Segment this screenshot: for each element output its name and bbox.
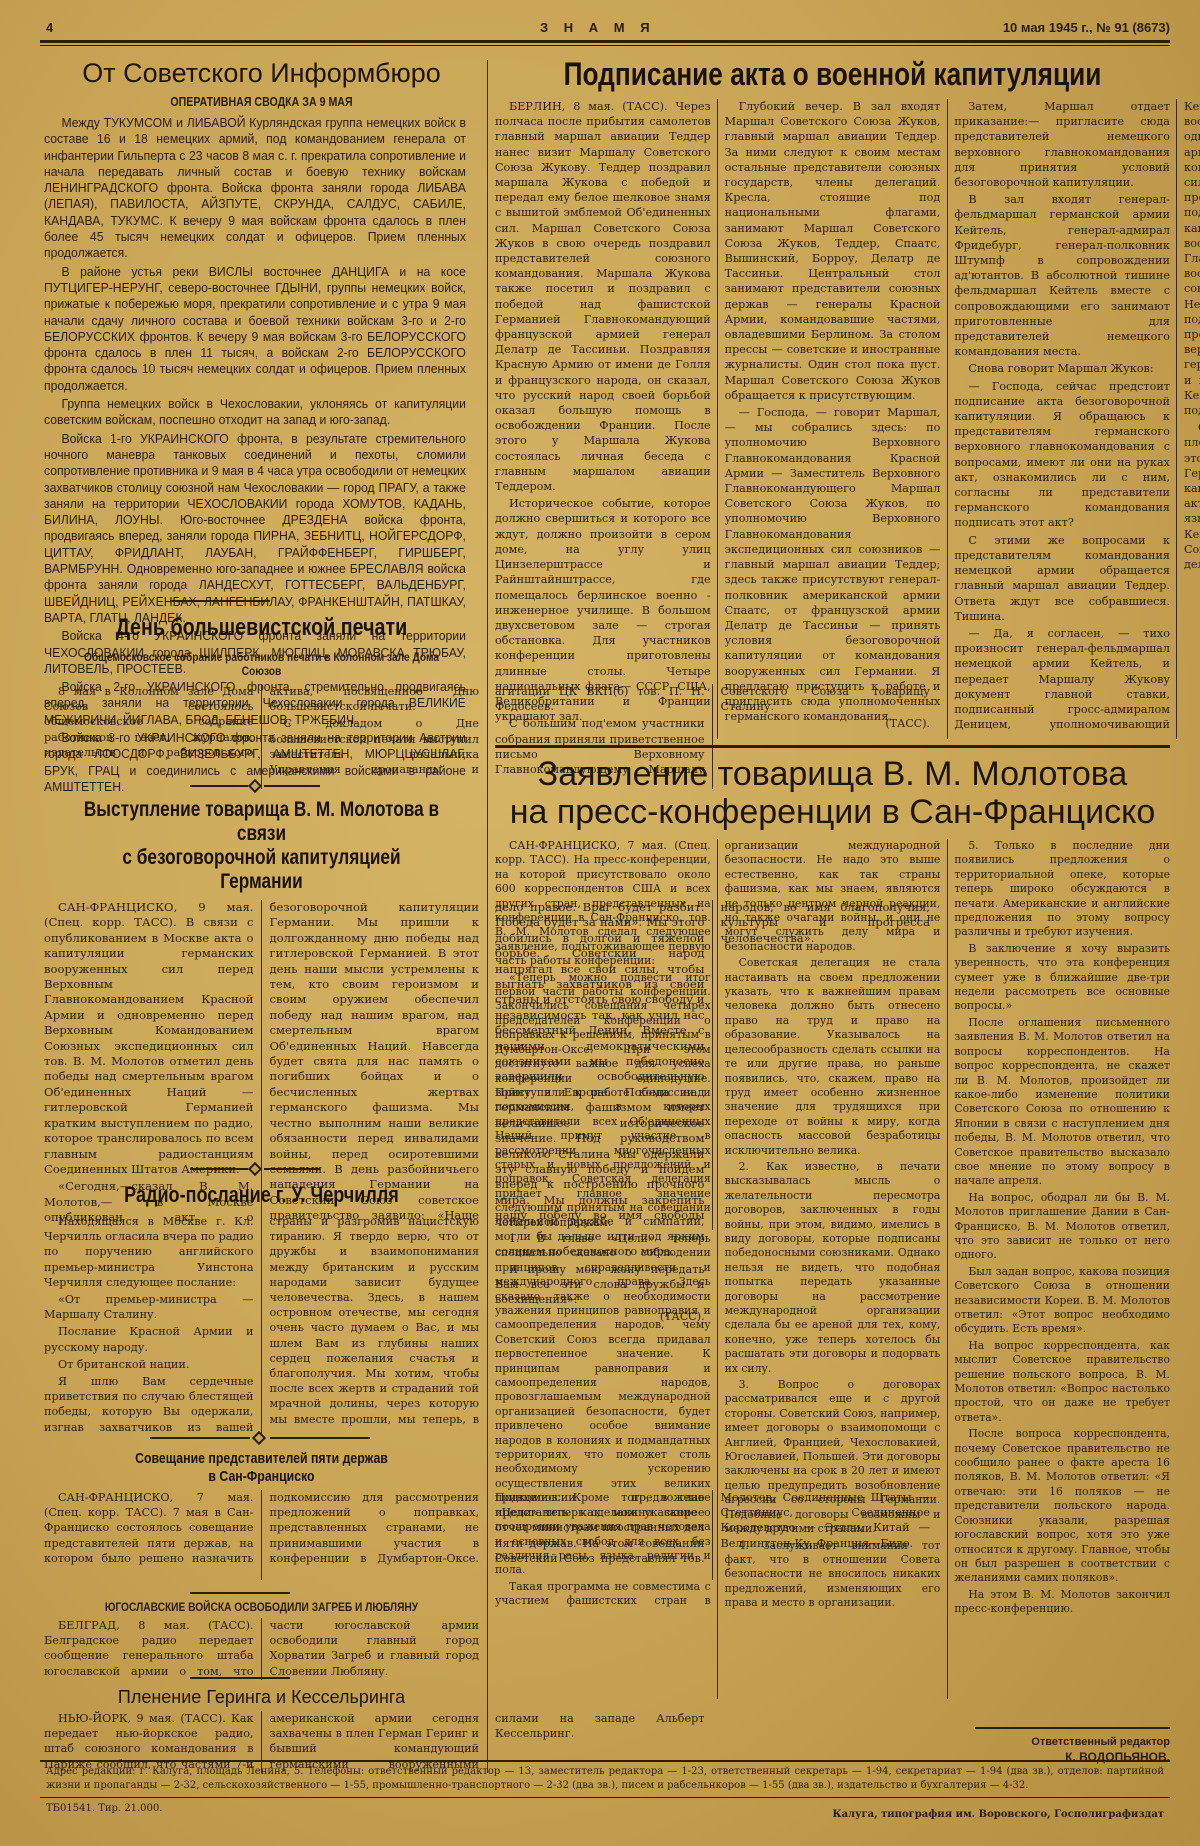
molotov-statement-article: Заявление товарища В. М. Молотова на пре… <box>495 755 1170 1699</box>
press-day-article: День большевистской печати Общемосковско… <box>44 612 479 789</box>
five-powers-body: САН-ФРАНЦИСКО, 7 мая. (Спец. корр. ТАСС)… <box>44 1490 479 1580</box>
press-day-subtitle: Общемосковское собрание работников печат… <box>77 650 447 678</box>
sovinformburo-subtitle: ОПЕРАТИВНАЯ СВОДКА ЗА 9 МАЯ <box>77 95 447 109</box>
press-day-title: День большевистской печати <box>83 612 440 644</box>
capitulation-body: БЕРЛИН, 8 мая. (ТАСС). Через полчаса пос… <box>495 99 1170 739</box>
section-rule <box>975 1727 1170 1729</box>
section-rule <box>170 600 270 602</box>
five-powers-article: Совещание представителей пяти держав в С… <box>44 1450 479 1580</box>
signature-block: Б. АФАНАСЬЕВ. К. СУХИН. <box>1184 574 1200 610</box>
capitulation-title: Подписание акта о военной капитуляции <box>556 55 1110 93</box>
newspaper-page: 4 З Н А М Я 10 мая 1945 г., № 91 (8673) … <box>40 0 1190 1846</box>
yugoslav-article: ЮГОСЛАВСКИЕ ВОЙСКА ОСВОБОДИЛИ ЗАГРЕБ И Л… <box>44 1600 479 1680</box>
five-powers-title-1: Совещание представителей пяти держав <box>83 1450 440 1468</box>
goering-title: Пленение Геринга и Кессельринга <box>44 1685 479 1709</box>
ornament-divider <box>190 1163 320 1175</box>
printer-info: Калуга, типография им. Воровского, Госпо… <box>832 1808 1164 1822</box>
capitulation-article: Подписание акта о военной капитуляции БЕ… <box>495 55 1170 739</box>
footer: Адрес редакции: г. Калуга, площадь Ленин… <box>40 1765 1170 1821</box>
churchill-body: Находящаяся в Москве г. Кл. Черчилль огл… <box>44 1214 479 1439</box>
footer-rule <box>40 1760 1170 1762</box>
churchill-article: Радио-послание г. У. Черчилля Находящаяс… <box>44 1180 479 1439</box>
editor-label: Ответственный редактор <box>975 1735 1170 1749</box>
molotov-statement-title-2: на пресс-конференции в Сан-Франциско <box>495 793 1170 831</box>
ornament-divider <box>190 780 320 792</box>
masthead: 4 З Н А М Я 10 мая 1945 г., № 91 (8673) <box>40 18 1170 38</box>
column-divider <box>487 755 488 1755</box>
churchill-title: Радио-послание г. У. Черчилля <box>83 1180 440 1210</box>
page-number: 4 <box>46 20 53 35</box>
goering-body: НЬЮ-ЙОРК, 9 мая. (ТАСС). Как передает нь… <box>44 1711 479 1773</box>
yugoslav-body: БЕЛГРАД, 8 мая. (ТАСС). Белградское ради… <box>44 1618 479 1680</box>
five-powers-title-2: в Сан-Франциско <box>83 1468 440 1486</box>
molotov-statement-body: САН-ФРАНЦИСКО, 7 мая. (Спец. корр. ТАСС)… <box>495 839 1170 1699</box>
molotov-speech-title-1: Выступление товарища В. М. Молотова в св… <box>83 798 440 846</box>
masthead-rule <box>40 40 1170 46</box>
editor-name: К. ВОДОПЬЯНОВ. <box>975 1749 1170 1765</box>
press-day-body: 8 мая в Колонном зале Дома Союзов состоя… <box>44 684 479 789</box>
section-rule <box>495 745 1170 748</box>
signature-sukhin: К. СУХИН. <box>1184 592 1200 610</box>
section-rule <box>190 1677 290 1679</box>
newspaper-name: З Н А М Я <box>540 20 656 35</box>
sovinformburo-title: От Советского Информбюро <box>44 55 479 91</box>
yugoslav-title: ЮГОСЛАВСКИЕ ВОЙСКА ОСВОБОДИЛИ ЗАГРЕБ И Л… <box>77 1600 447 1614</box>
print-code: ТБ01541. Тир. 21.000. <box>46 1802 162 1816</box>
molotov-speech-title-2: с безоговорочной капитуляцией Германии <box>83 846 440 894</box>
column-divider <box>487 60 488 750</box>
issue-date: 10 мая 1945 г., № 91 (8673) <box>1003 20 1170 35</box>
signature-afanasyev: Б. АФАНАСЬЕВ. <box>1184 574 1200 592</box>
molotov-statement-title-1: Заявление товарища В. М. Молотова <box>495 755 1170 793</box>
ornament-divider <box>150 1432 370 1444</box>
section-rule <box>190 1592 290 1594</box>
editorial-address: Адрес редакции: г. Калуга, площадь Ленин… <box>40 1765 1170 1793</box>
